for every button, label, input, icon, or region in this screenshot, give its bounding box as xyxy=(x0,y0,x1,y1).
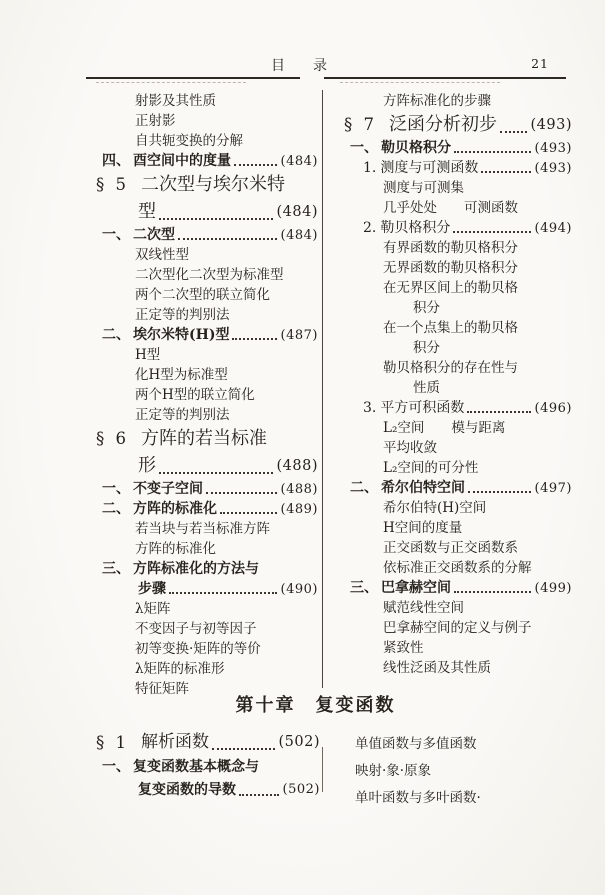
entry-title: H空间的度量 xyxy=(383,519,462,538)
entry-title: 埃尔米特(H)型 xyxy=(133,326,229,345)
entry-title: 方阵的标准化 xyxy=(133,500,217,519)
dot-leader xyxy=(454,591,531,593)
toc-entry: 三、方阵标准化的方法与 xyxy=(88,559,318,579)
dot-leader xyxy=(239,794,279,796)
entry-title: 平均收敛 xyxy=(383,439,437,458)
dot-leader xyxy=(481,171,530,173)
entry-page: (488) xyxy=(277,453,319,479)
entry-title: 形 xyxy=(138,453,156,479)
entry-number: 3. xyxy=(363,399,376,418)
toc-entry: H型 xyxy=(88,345,318,365)
entry-title: H型 xyxy=(135,346,160,365)
dot-leader xyxy=(467,411,530,413)
entry-number: 三、 xyxy=(350,579,378,598)
entry-title: 化H型为标准型 xyxy=(135,366,228,385)
entry-title: 测度与可测函数 xyxy=(380,159,478,178)
entry-title: λ矩阵 xyxy=(135,600,171,619)
toc-entry: 二次型化二次型为标准型 xyxy=(88,265,318,285)
toc-entry: 线性泛函及其性质 xyxy=(336,658,572,678)
toc-entry: 正定等的判别法 xyxy=(88,305,318,325)
toc-entry: 单值函数与多值函数 xyxy=(355,730,573,757)
entry-title: 方阵的标准化 xyxy=(135,540,216,559)
dot-leader xyxy=(178,238,277,240)
entry-title: 射影及其性质 xyxy=(135,92,216,111)
entry-title: 希尔伯特(H)空间 xyxy=(383,499,486,518)
entry-title: 单值函数与多值函数 xyxy=(355,731,477,757)
toc-entry: 几乎处处 可测函数 xyxy=(336,198,572,218)
toc-entry: 一、勒贝格积分(493) xyxy=(336,138,572,158)
dot-leader xyxy=(206,492,277,494)
toc-entry: § 1解析函数(502) xyxy=(88,729,320,755)
toc-entry: 2.勒贝格积分(494) xyxy=(336,218,572,238)
entry-title: 双线性型 xyxy=(135,246,189,265)
toc-entry: 在无界区间上的勒贝格 xyxy=(336,278,572,298)
dot-leader xyxy=(453,231,530,233)
entry-number: 二、 xyxy=(102,500,130,519)
toc-entry: 积分 xyxy=(336,338,572,358)
entry-page: (496) xyxy=(535,399,572,418)
entry-title: 初等变换·矩阵的等价 xyxy=(135,640,261,659)
toc-entry: § 6方阵的若当标准 xyxy=(88,425,318,452)
entry-page: (502) xyxy=(279,730,321,755)
dot-leader xyxy=(169,592,277,594)
entry-title: 无界函数的勒贝格积分 xyxy=(383,259,518,278)
entry-number: 一、 xyxy=(102,226,130,245)
entry-page: (493) xyxy=(535,139,572,158)
entry-page: (499) xyxy=(535,579,572,598)
toc-entry: 一、复变函数基本概念与 xyxy=(88,755,320,778)
entry-number: 一、 xyxy=(102,756,130,778)
column-divider xyxy=(322,90,323,688)
toc-entry: 一、二次型(484) xyxy=(88,225,318,245)
toc-entry: 两个H型的联立简化 xyxy=(88,385,318,405)
entry-title: 正定等的判别法 xyxy=(135,306,230,325)
entry-title: 二次型化二次型为标准型 xyxy=(135,266,284,285)
toc-entry: 自共轭变换的分解 xyxy=(88,131,318,151)
entry-title: 方阵标准化的步骤 xyxy=(383,92,491,111)
entry-title: 方阵的若当标准 xyxy=(141,426,267,452)
entry-title: 依标准正交函数系的分解 xyxy=(383,559,532,578)
toc-entry: H空间的度量 xyxy=(336,518,572,538)
entry-title: 不变子空间 xyxy=(133,480,203,499)
entry-number: 1. xyxy=(363,159,376,178)
toc-entry: 紧致性 xyxy=(336,638,572,658)
toc-column-left: 射影及其性质正射影自共轭变换的分解四、酉空间中的度量(484)§ 5二次型与埃尔… xyxy=(88,91,318,699)
toc-entry: 三、巴拿赫空间(499) xyxy=(336,578,572,598)
entry-title: 自共轭变换的分解 xyxy=(135,132,243,151)
scanned-toc-page: 目 录 21 射影及其性质正射影自共轭变换的分解四、酉空间中的度量(484)§ … xyxy=(0,0,605,895)
entry-page: (502) xyxy=(283,779,320,801)
dot-leader xyxy=(212,748,275,750)
entry-title: 两个H型的联立简化 xyxy=(135,386,255,405)
entry-title: 在一个点集上的勒贝格 xyxy=(383,319,518,338)
entry-page: (493) xyxy=(535,159,572,178)
entry-number: § 1 xyxy=(96,730,129,755)
toc-entry: 方阵的标准化 xyxy=(88,539,318,559)
entry-title: 有界函数的勒贝格积分 xyxy=(383,239,518,258)
toc-entry: L₂空间的可分性 xyxy=(336,458,572,478)
entry-title: 方阵标准化的方法与 xyxy=(133,560,259,579)
dot-leader xyxy=(500,131,527,133)
entry-title: 不变因子与初等因子 xyxy=(135,620,257,639)
entry-number: 四、 xyxy=(102,152,130,171)
entry-page: (493) xyxy=(531,112,573,138)
entry-title: 若当块与若当标准方阵 xyxy=(135,520,270,539)
toc-entry: 步骤(490) xyxy=(88,579,318,599)
entry-title: 巴拿赫空间 xyxy=(381,579,451,598)
entry-title: 步骤 xyxy=(138,580,166,599)
toc-entry: 单叶函数与多叶函数· xyxy=(355,784,573,811)
entry-title: 平方可积函数 xyxy=(380,399,464,418)
entry-number: 二、 xyxy=(350,479,378,498)
toc-bottom-column-left: § 1解析函数(502)一、复变函数基本概念与复变函数的导数(502) xyxy=(88,729,320,801)
dot-leader xyxy=(220,512,277,514)
toc-entry: 若当块与若当标准方阵 xyxy=(88,519,318,539)
entry-number: § 6 xyxy=(96,426,129,452)
entry-title: 泛函分析初步 xyxy=(389,112,497,138)
entry-title: 测度与可测集 xyxy=(383,179,464,198)
toc-entry: 化H型为标准型 xyxy=(88,365,318,385)
entry-number: 二、 xyxy=(102,326,130,345)
toc-entry: 方阵标准化的步骤 xyxy=(336,91,572,111)
entry-page: (487) xyxy=(281,326,318,345)
toc-entry: 测度与可测集 xyxy=(336,178,572,198)
entry-title: 几乎处处 可测函数 xyxy=(383,199,518,218)
entry-page: (489) xyxy=(281,500,318,519)
dot-leader xyxy=(468,491,531,493)
toc-entry: 一、不变子空间(488) xyxy=(88,479,318,499)
entry-title: 性质 xyxy=(413,379,440,398)
dot-leader xyxy=(232,338,276,340)
entry-title: 勒贝格积分 xyxy=(380,219,450,238)
entry-title: L₂空间 模与距离 xyxy=(383,419,505,438)
toc-entry: λ矩阵 xyxy=(88,599,318,619)
entry-number: 一、 xyxy=(350,139,378,158)
entry-title: 赋范线性空间 xyxy=(383,599,464,618)
entry-number: 一、 xyxy=(102,480,130,499)
entry-page: (484) xyxy=(281,152,318,171)
column-divider-fragment xyxy=(322,747,323,792)
toc-entry: 不变因子与初等因子 xyxy=(88,619,318,639)
chapter-heading: 第十章 复变函数 xyxy=(0,691,605,717)
entry-title: 勒贝格积分的存在性与 xyxy=(383,359,518,378)
entry-title: 积分 xyxy=(413,339,440,358)
toc-entry: 四、酉空间中的度量(484) xyxy=(88,151,318,171)
header-rule-artifact xyxy=(340,82,500,83)
header-rule-left xyxy=(86,77,300,79)
entry-number: § 5 xyxy=(96,172,129,198)
toc-entry: 二、埃尔米特(H)型(487) xyxy=(88,325,318,345)
toc-entry: 映射·象·原象 xyxy=(355,757,573,784)
entry-page: (497) xyxy=(535,479,572,498)
entry-page: (494) xyxy=(535,219,572,238)
toc-entry: 双线性型 xyxy=(88,245,318,265)
toc-entry: § 7泛函分析初步(493) xyxy=(336,111,572,138)
toc-entry: 希尔伯特(H)空间 xyxy=(336,498,572,518)
toc-entry: 型(484) xyxy=(88,198,318,225)
toc-entry: § 5二次型与埃尔米特 xyxy=(88,171,318,198)
entry-title: L₂空间的可分性 xyxy=(383,459,478,478)
toc-entry: L₂空间 模与距离 xyxy=(336,418,572,438)
toc-entry: 依标准正交函数系的分解 xyxy=(336,558,572,578)
toc-entry: 平均收敛 xyxy=(336,438,572,458)
entry-title: 二次型与埃尔米特 xyxy=(141,172,285,198)
entry-title: 单叶函数与多叶函数· xyxy=(355,785,481,811)
page-number: 21 xyxy=(531,56,549,71)
toc-bottom-column-right: 单值函数与多值函数映射·象·原象单叶函数与多叶函数· xyxy=(355,730,573,811)
toc-entry: 正射影 xyxy=(88,111,318,131)
dot-leader xyxy=(234,164,277,166)
entry-title: 巴拿赫空间的定义与例子 xyxy=(383,619,532,638)
toc-entry: 赋范线性空间 xyxy=(336,598,572,618)
toc-entry: 正定等的判别法 xyxy=(88,405,318,425)
toc-entry: 复变函数的导数(502) xyxy=(88,778,320,801)
entry-title: 积分 xyxy=(413,299,440,318)
toc-entry: 积分 xyxy=(336,298,572,318)
entry-title: 复变函数基本概念与 xyxy=(133,756,259,778)
entry-title: 希尔伯特空间 xyxy=(381,479,465,498)
toc-entry: 性质 xyxy=(336,378,572,398)
dot-leader xyxy=(159,472,273,474)
toc-entry: 射影及其性质 xyxy=(88,91,318,111)
toc-entry: 在一个点集上的勒贝格 xyxy=(336,318,572,338)
entry-title: 线性泛函及其性质 xyxy=(383,659,491,678)
toc-entry: λ矩阵的标准形 xyxy=(88,659,318,679)
toc-column-right: 方阵标准化的步骤§ 7泛函分析初步(493)一、勒贝格积分(493)1.测度与可… xyxy=(336,91,572,678)
entry-number: 三、 xyxy=(102,560,130,579)
entry-number: § 7 xyxy=(344,112,377,138)
toc-entry: 3.平方可积函数(496) xyxy=(336,398,572,418)
toc-entry: 初等变换·矩阵的等价 xyxy=(88,639,318,659)
entry-title: λ矩阵的标准形 xyxy=(135,660,225,679)
toc-entry: 巴拿赫空间的定义与例子 xyxy=(336,618,572,638)
entry-title: 勒贝格积分 xyxy=(381,139,451,158)
toc-entry: 无界函数的勒贝格积分 xyxy=(336,258,572,278)
dot-leader xyxy=(159,218,273,220)
entry-title: 两个二次型的联立简化 xyxy=(135,286,270,305)
entry-page: (484) xyxy=(277,199,319,225)
entry-title: 复变函数的导数 xyxy=(138,779,236,801)
toc-entry: 形(488) xyxy=(88,452,318,479)
entry-title: 型 xyxy=(138,199,156,225)
entry-title: 二次型 xyxy=(133,226,175,245)
header-rule-right xyxy=(324,77,566,79)
toc-entry: 两个二次型的联立简化 xyxy=(88,285,318,305)
header-rule-artifact xyxy=(96,82,246,83)
entry-title: 正射影 xyxy=(135,112,176,131)
toc-entry: 勒贝格积分的存在性与 xyxy=(336,358,572,378)
toc-entry: 有界函数的勒贝格积分 xyxy=(336,238,572,258)
entry-title: 紧致性 xyxy=(383,639,424,658)
toc-entry: 二、方阵的标准化(489) xyxy=(88,499,318,519)
dot-leader xyxy=(454,151,531,153)
page-header-title: 目 录 xyxy=(0,55,605,75)
entry-title: 酉空间中的度量 xyxy=(133,152,231,171)
entry-title: 映射·象·原象 xyxy=(355,758,431,784)
entry-page: (490) xyxy=(281,580,318,599)
entry-number: 2. xyxy=(363,219,376,238)
entry-title: 正交函数与正交函数系 xyxy=(383,539,518,558)
entry-page: (488) xyxy=(281,480,318,499)
entry-title: 正定等的判别法 xyxy=(135,406,230,425)
toc-entry: 二、希尔伯特空间(497) xyxy=(336,478,572,498)
entry-title: 解析函数 xyxy=(141,730,209,755)
toc-entry: 1.测度与可测函数(493) xyxy=(336,158,572,178)
toc-entry: 正交函数与正交函数系 xyxy=(336,538,572,558)
entry-title: 在无界区间上的勒贝格 xyxy=(383,279,518,298)
entry-page: (484) xyxy=(281,226,318,245)
